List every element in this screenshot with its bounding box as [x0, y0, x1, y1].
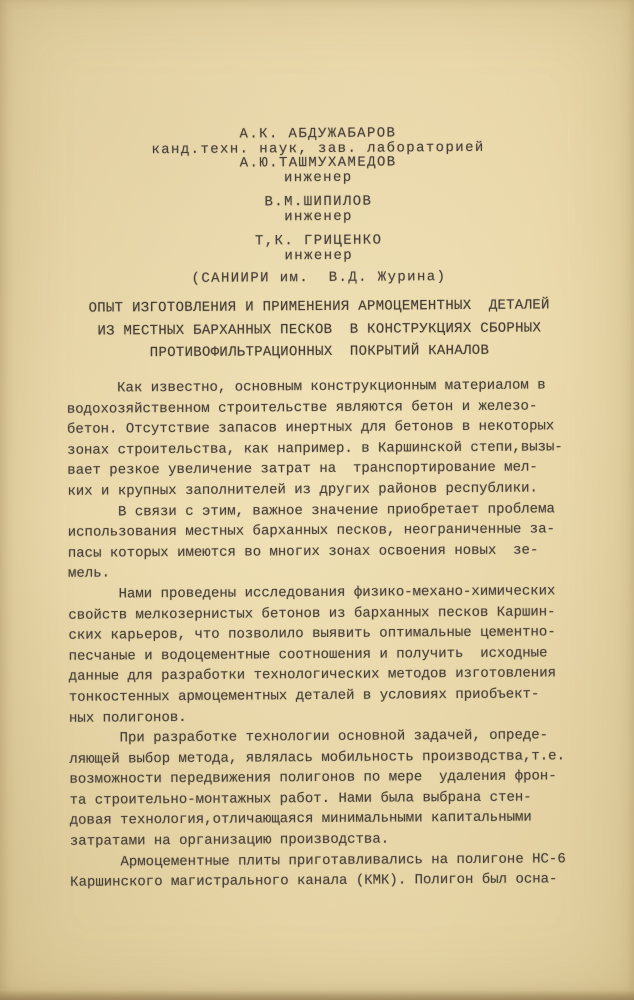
paragraph: Армоцементные плиты приготавливались на …	[70, 849, 592, 894]
author-role: инженер	[2, 246, 634, 265]
scanned-page: А.К. АБДУЖАБАРОВ канд.техн. наук, зав. л…	[0, 0, 634, 1000]
affiliation: (САНИИРИ им. В.Д. Журина)	[2, 269, 634, 288]
paragraph: Нами проведены исследования физико-механ…	[68, 581, 591, 729]
paper-title: ОПЫТ ИЗГОТОВЛЕНИЯ И ПРИМЕНЕНИЯ АРМОЦЕМЕН…	[32, 294, 606, 366]
page-content: А.К. АБДУЖАБАРОВ канд.техн. наук, зав. л…	[0, 0, 634, 1000]
author-role: инженер	[1, 168, 634, 187]
author-entry: А.Ю.ТАШМУХАМЕДОВ инженер	[1, 154, 634, 187]
paragraph: В связи с этим, важное значение приобрет…	[68, 499, 591, 585]
author-role: инженер	[1, 207, 634, 226]
authors-block: А.К. АБДУЖАБАРОВ канд.техн. наук, зав. л…	[1, 125, 634, 288]
author-entry: Т,К. ГРИЦЕНКО инженер	[2, 232, 634, 265]
author-entry: А.К. АБДУЖАБАРОВ канд.техн. наук, зав. л…	[1, 125, 634, 158]
paragraph: Как известно, основным конструкционным м…	[67, 375, 590, 502]
paragraph: При разработке технологии основной задач…	[69, 725, 592, 852]
body-text: Как известно, основным конструкционным м…	[67, 375, 593, 893]
author-entry: В.М.ШИПИЛОВ инженер	[1, 193, 634, 226]
